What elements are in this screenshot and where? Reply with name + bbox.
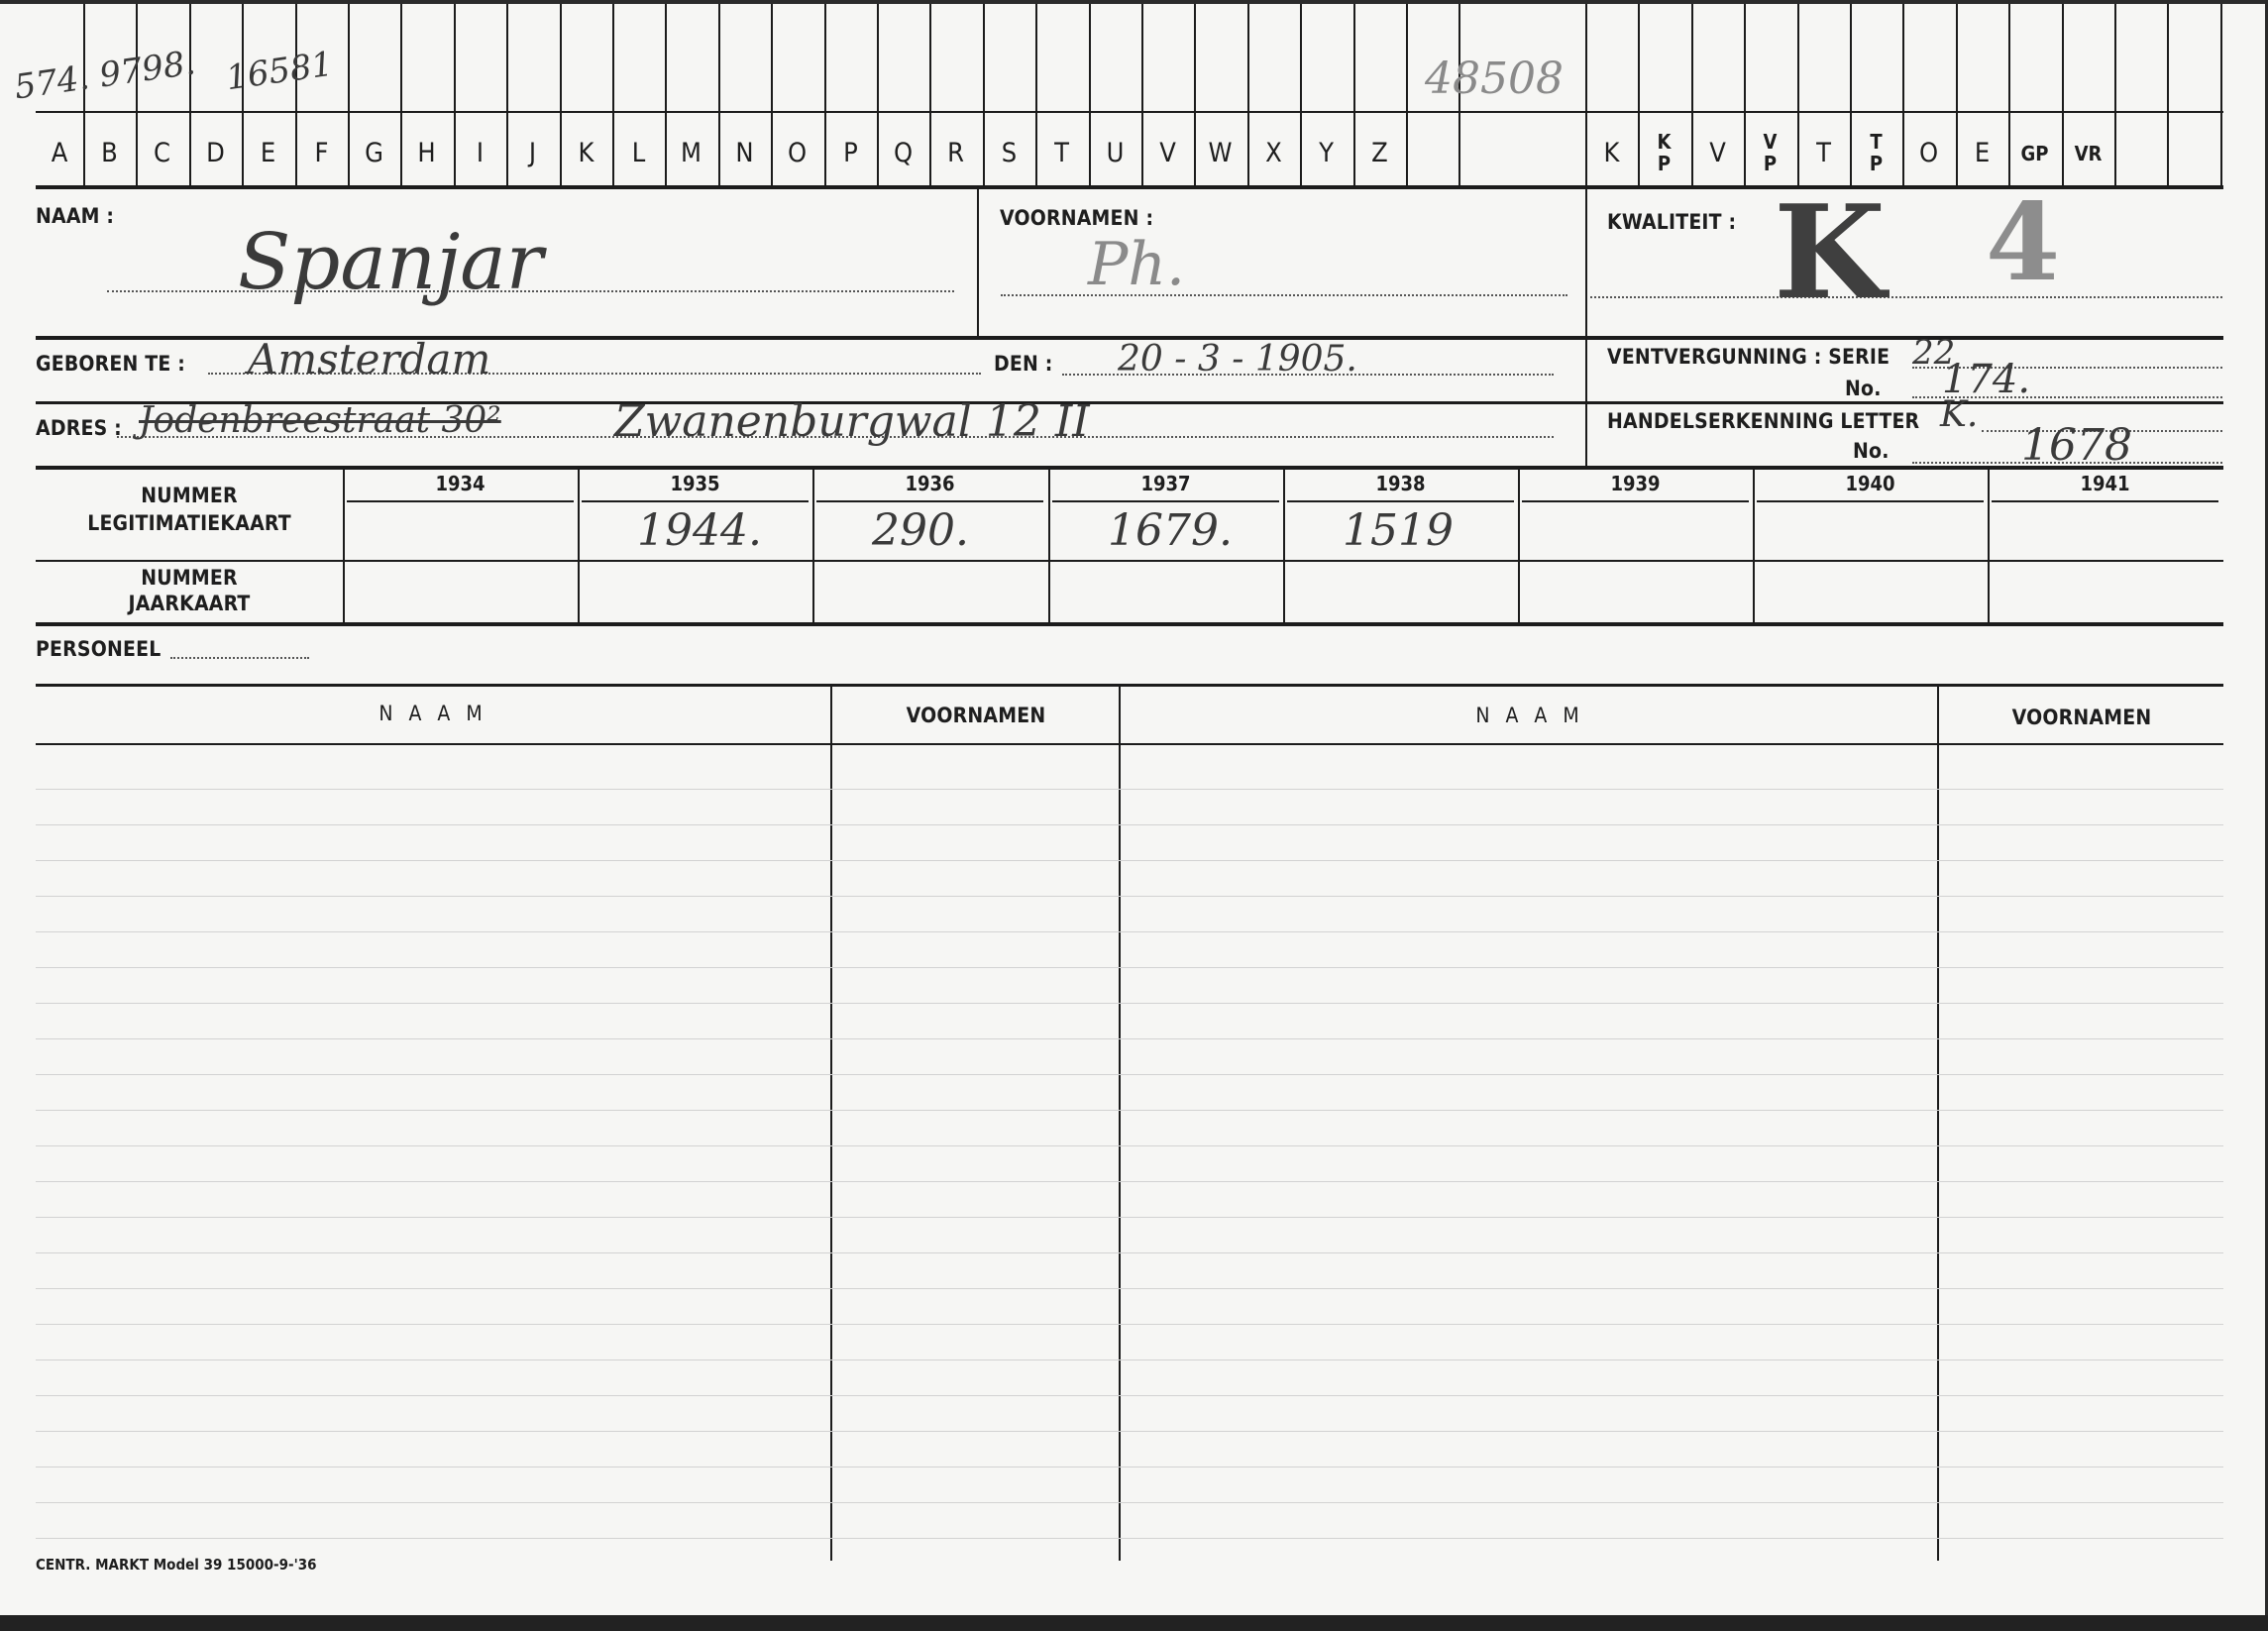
ruled-line [36,1217,2223,1218]
index-grid-divider [1406,4,1408,185]
alphabet-tab-d: D [189,129,242,178]
voornamen-label: VOORNAMEN : [1000,206,1153,230]
alphabet-tab-m: M [665,129,717,178]
legitimatiekaart-label-line-1: NUMMER [36,482,343,509]
alphabet-tab-y: Y [1300,129,1352,178]
ruled-line [36,824,2223,825]
category-tab-top: T [1850,131,1902,153]
form-footer: CENTR. MARKT Model 39 15000-9-'36 [36,1556,317,1574]
year-header-underline [1287,500,1514,502]
year-header-1935: 1935 [578,472,812,495]
year-header-underline [1052,500,1279,502]
legitimatiekaart-value-1937[interactable]: 1679. [1108,505,1233,556]
ruled-line [36,1467,2223,1468]
year-header-1941: 1941 [1988,472,2222,495]
legitimatiekaart-value-1935[interactable]: 1944. [637,505,762,556]
legitimatiekaart-value-1938[interactable]: 1519 [1343,505,1454,556]
section-line-3 [36,466,2223,470]
kwaliteit-letter-stamp: K [1774,176,1886,328]
alphabet-tab-z: Z [1353,129,1406,178]
nummer-row-divider [36,560,2223,562]
ruled-line [36,1074,2223,1075]
ruled-line [36,1431,2223,1432]
ruled-line [36,1252,2223,1253]
category-tab-gp: GP [2008,129,2061,178]
category-tab-t: T [1797,129,1850,178]
ruled-line [36,1324,2223,1325]
legitimatiekaart-row-label: NUMMER LEGITIMATIEKAART [36,482,343,537]
personeel-col-divider-2 [1119,687,1121,1561]
personeel-header-naam-1: N A A M [36,702,830,725]
category-tab-v: V [1691,129,1744,178]
jaarkaart-label-line-1: NUMMER [36,565,343,591]
personeel-field-line [170,657,309,659]
alphabet-tab-l: L [612,129,665,178]
ruled-line [36,1288,2223,1289]
handelserkenning-label: HANDELSERKENNING LETTER [1607,409,1919,433]
alphabet-tab-g: G [348,129,400,178]
adres-old-value: Jodenbreestraat 30² [139,400,501,441]
naam-value[interactable]: Spanjar [238,218,543,307]
ruled-line [36,1003,2223,1004]
ruled-line [36,896,2223,897]
category-tab-vr: VR [2062,129,2114,178]
personeel-header-voornamen-2: VOORNAMEN [1940,706,2223,729]
year-header-1938: 1938 [1283,472,1518,495]
year-header-underline [1522,500,1749,502]
alphabet-tab-e: E [242,129,294,178]
registration-card: 574. 9798. 16581 48508 ABCDEFGHIJKLMNOPQ… [0,0,2268,1631]
category-tab-top: K [1638,131,1690,153]
alphabet-tab-r: R [929,129,982,178]
category-tab-bottom: P [1850,153,1902,174]
personeel-table-header-line [36,743,2223,745]
voornamen-value[interactable]: Ph. [1088,230,1185,299]
category-tab-e: E [1956,129,2008,178]
year-header-underline [1992,500,2218,502]
adres-value[interactable]: Zwanenburgwal 12 II [614,396,1090,447]
adres-label: ADRES : [36,416,122,440]
alphabet-tab-q: Q [877,129,929,178]
naam-label: NAAM : [36,204,114,228]
ruled-line [36,789,2223,790]
year-header-1934: 1934 [343,472,578,495]
note-top-middle: 16581 [224,45,336,99]
jaarkaart-label-line-2: JAARKAART [36,591,343,616]
legitimatiekaart-label-line-2: LEGITIMATIEKAART [36,509,343,537]
ruled-line [36,1538,2223,1539]
handelserkenning-no-label: No. [1853,439,1890,463]
card-bottom-edge [0,1615,2268,1631]
alphabet-tab-j: J [506,129,559,178]
alphabet-tab-t: T [1035,129,1088,178]
alphabet-tab-f: F [295,129,348,178]
note-top-left: 574. 9798. [12,43,198,107]
alphabet-tab-n: N [718,129,771,178]
ruled-line [36,1181,2223,1182]
legitimatiekaart-value-1936[interactable]: 290. [872,505,969,556]
category-tab-bottom: P [1744,153,1796,174]
alphabet-tab-s: S [983,129,1035,178]
category-tab-k: K [1585,129,1638,178]
alphabet-tab-u: U [1089,129,1141,178]
note-top-right: 48508 [1425,54,1564,104]
personeel-col-divider-3 [1937,687,1939,1561]
personeel-col-divider-1 [830,687,832,1561]
geboren-te-value[interactable]: Amsterdam [248,335,490,383]
den-value[interactable]: 20 - 3 - 1905. [1118,339,1357,380]
ruled-line [36,1395,2223,1396]
alphabet-bottom-line [36,185,2223,189]
ruled-line [36,1110,2223,1111]
section-line-4 [36,622,2223,626]
category-tab-kp: KP [1638,127,1690,182]
ventvergunning-label: VENTVERGUNNING : SERIE [1607,345,1890,369]
category-grid-divider [2114,4,2116,185]
ruled-line [36,860,2223,861]
year-header-1940: 1940 [1753,472,1988,495]
ruled-line [36,967,2223,968]
naam-voornamen-divider [977,189,979,336]
geboren-te-label: GEBOREN TE : [36,352,185,376]
handelserkenning-letter-value[interactable]: K. [1940,394,1978,435]
alphabet-tab-a: A [36,129,83,178]
card-top-edge [0,0,2268,4]
alphabet-tab-o: O [771,129,823,178]
alphabet-tab-p: P [824,129,877,178]
personeel-header-voornamen-1: VOORNAMEN [832,704,1120,727]
alphabet-tab-h: H [400,129,453,178]
category-grid-divider [2220,4,2222,185]
den-label: DEN : [994,352,1053,376]
category-tab-bottom: P [1638,153,1690,174]
ruled-line [36,931,2223,932]
year-header-underline [1757,500,1984,502]
category-tab-top: V [1744,131,1796,153]
year-header-1937: 1937 [1048,472,1283,495]
ventvergunning-no-label: No. [1845,377,1882,400]
year-header-1939: 1939 [1518,472,1753,495]
category-tab-vp: VP [1744,127,1796,182]
voornamen-field-line [1001,294,1567,296]
kwaliteit-field-line [1590,296,2222,298]
personeel-header-naam-2: N A A M [1121,704,1939,727]
alphabet-tab-b: B [83,129,136,178]
ruled-line [36,1145,2223,1146]
year-header-underline [582,500,809,502]
alphabet-tab-x: X [1247,129,1300,178]
alphabet-tab-w: W [1194,129,1246,178]
handelserkenning-no-value[interactable]: 1678 [2021,420,2132,471]
personeel-label: PERSONEEL [36,637,161,661]
kwaliteit-label: KWALITEIT : [1607,210,1736,234]
category-grid-divider [2167,4,2169,185]
year-header-1936: 1936 [812,472,1047,495]
alphabet-tab-c: C [136,129,188,178]
category-tab-o: O [1902,129,1955,178]
voornamen-kwaliteit-divider [1585,189,1587,338]
personeel-table-top-line [36,684,2223,687]
ruled-line [36,1038,2223,1039]
category-tab-tp: TP [1850,127,1902,182]
alphabet-top-line [36,111,2223,113]
alphabet-tab-v: V [1141,129,1194,178]
alphabet-tab-k: K [560,129,612,178]
kwaliteit-number-stamp: 4 [1986,180,2060,305]
alphabet-tab-i: I [454,129,506,178]
year-header-underline [347,500,574,502]
year-header-underline [816,500,1043,502]
jaarkaart-row-label: NUMMER JAARKAART [36,565,343,616]
ruled-line [36,1359,2223,1360]
ruled-line [36,1502,2223,1503]
